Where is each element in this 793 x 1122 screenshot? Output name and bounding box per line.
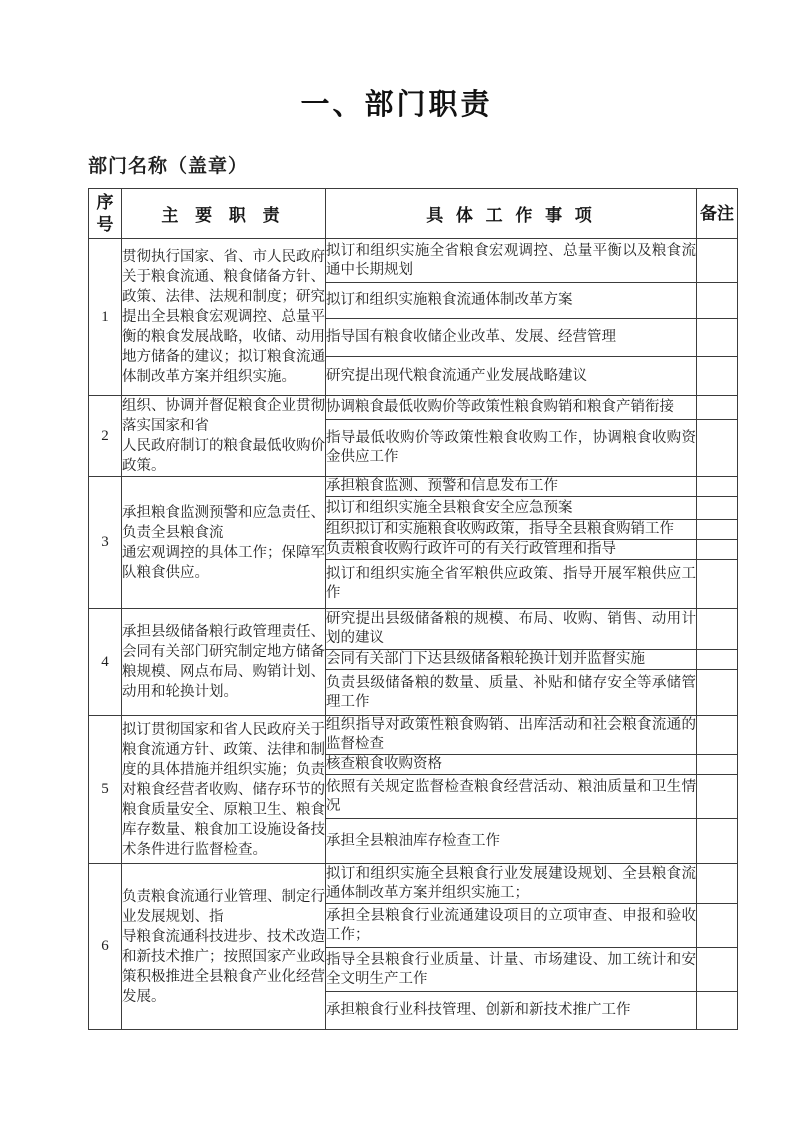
remark-cell xyxy=(697,904,738,948)
remark-cell xyxy=(697,775,738,819)
table-row: 3承担粮食监测预警和应急责任、负责全县粮食流 通宏观调控的具体工作；保障军队粮食… xyxy=(89,477,738,497)
page-title: 一、部门职责 xyxy=(0,0,793,123)
work-item-cell: 研究提出现代粮食流通产业发展战略建议 xyxy=(326,357,697,396)
serial-cell: 4 xyxy=(89,609,122,716)
main-duty-cell: 拟订贯彻国家和省人民政府关于粮食流通方针、政策、法律和制度的具体措施并组织实施；… xyxy=(122,716,326,864)
table-row: 5拟订贯彻国家和省人民政府关于粮食流通方针、政策、法律和制度的具体措施并组织实施… xyxy=(89,716,738,755)
work-item-cell: 核查粮食收购资格 xyxy=(326,755,697,775)
remark-cell xyxy=(697,948,738,992)
serial-cell: 1 xyxy=(89,239,122,396)
remark-cell xyxy=(697,420,738,477)
remark-cell xyxy=(697,560,738,609)
remark-cell xyxy=(697,520,738,540)
serial-cell: 6 xyxy=(89,864,122,1030)
remark-cell xyxy=(697,716,738,755)
header-row: 序号 主 要 职 责 具 体 工 作 事 项 备注 xyxy=(89,189,738,239)
work-item-cell: 承担全县粮食行业流通建设项目的立项审查、申报和验收工作； xyxy=(326,904,697,948)
work-item-cell: 协调粮食最低收购价等政策性粮食购销和粮食产销衔接 xyxy=(326,396,697,420)
remark-cell xyxy=(697,319,738,357)
main-duty-cell: 承担粮食监测预警和应急责任、负责全县粮食流 通宏观调控的具体工作；保障军队粮食供… xyxy=(122,477,326,609)
work-item-cell: 依照有关规定监督检查粮食经营活动、粮油质量和卫生情况 xyxy=(326,775,697,819)
work-item-cell: 拟订和组织实施粮食流通体制改革方案 xyxy=(326,283,697,319)
serial-cell: 2 xyxy=(89,396,122,477)
remark-cell xyxy=(697,357,738,396)
remark-cell xyxy=(697,819,738,864)
serial-cell: 3 xyxy=(89,477,122,609)
col-header-main-duties: 主 要 职 责 xyxy=(122,189,326,239)
work-item-cell: 组织拟订和实施粮食收购政策，指导全县粮食购销工作 xyxy=(326,520,697,540)
work-item-cell: 承担粮食监测、预警和信息发布工作 xyxy=(326,477,697,497)
remark-cell xyxy=(697,864,738,904)
remark-cell xyxy=(697,540,738,560)
responsibilities-table: 序号 主 要 职 责 具 体 工 作 事 项 备注 1贯彻执行国家、省、市人民政… xyxy=(88,188,738,1030)
remark-cell xyxy=(697,609,738,650)
work-item-cell: 承担粮食行业科技管理、创新和新技术推广工作 xyxy=(326,992,697,1030)
remark-cell xyxy=(697,283,738,319)
table-row: 2组织、协调并督促粮食企业贯彻落实国家和省 人民政府制订的粮食最低收购价政策。协… xyxy=(89,396,738,420)
main-duty-cell: 贯彻执行国家、省、市人民政府关于粮食流通、粮食储备方针、政策、法律、法规和制度；… xyxy=(122,239,326,396)
remark-cell xyxy=(697,755,738,775)
col-header-work-items: 具 体 工 作 事 项 xyxy=(326,189,697,239)
remark-cell xyxy=(697,239,738,283)
department-name-label: 部门名称（盖章） xyxy=(88,151,793,178)
serial-cell: 5 xyxy=(89,716,122,864)
remark-cell xyxy=(697,396,738,420)
col-header-serial: 序号 xyxy=(89,189,122,239)
work-item-cell: 指导国有粮食收储企业改革、发展、经营管理 xyxy=(326,319,697,357)
remark-cell xyxy=(697,670,738,716)
work-item-cell: 组织指导对政策性粮食购销、出库活动和社会粮食流通的监督检查 xyxy=(326,716,697,755)
remark-cell xyxy=(697,497,738,520)
work-item-cell: 研究提出县级储备粮的规模、布局、收购、销售、动用计划的建议 xyxy=(326,609,697,650)
work-item-cell: 承担全县粮油库存检查工作 xyxy=(326,819,697,864)
remark-cell xyxy=(697,992,738,1030)
work-item-cell: 拟订和组织实施全县粮食行业发展建设规划、全县粮食流通体制改革方案并组织实施工； xyxy=(326,864,697,904)
work-item-cell: 拟订和组织实施全省军粮供应政策、指导开展军粮供应工作 xyxy=(326,560,697,609)
table-row: 4承担县级储备粮行政管理责任、会同有关部门研究制定地方储备粮规模、网点布局、购销… xyxy=(89,609,738,650)
work-item-cell: 指导最低收购价等政策性粮食收购工作，协调粮食收购资金供应工作 xyxy=(326,420,697,477)
table-row: 6负责粮食流通行业管理、制定行业发展规划、指 导粮食流通科技进步、技术改造和新技… xyxy=(89,864,738,904)
col-header-remark: 备注 xyxy=(697,189,738,239)
remark-cell xyxy=(697,650,738,670)
work-item-cell: 指导全县粮食行业质量、计量、市场建设、加工统计和安全文明生产工作 xyxy=(326,948,697,992)
work-item-cell: 拟订和组织实施全县粮食安全应急预案 xyxy=(326,497,697,520)
main-duty-cell: 承担县级储备粮行政管理责任、会同有关部门研究制定地方储备粮规模、网点布局、购销计… xyxy=(122,609,326,716)
main-duty-cell: 组织、协调并督促粮食企业贯彻落实国家和省 人民政府制订的粮食最低收购价政策。 xyxy=(122,396,326,477)
remark-cell xyxy=(697,477,738,497)
table-row: 1贯彻执行国家、省、市人民政府关于粮食流通、粮食储备方针、政策、法律、法规和制度… xyxy=(89,239,738,283)
work-item-cell: 负责县级储备粮的数量、质量、补贴和储存安全等承储管理工作 xyxy=(326,670,697,716)
work-item-cell: 会同有关部门下达县级储备粮轮换计划并监督实施 xyxy=(326,650,697,670)
work-item-cell: 负责粮食收购行政许可的有关行政管理和指导 xyxy=(326,540,697,560)
main-duty-cell: 负责粮食流通行业管理、制定行业发展规划、指 导粮食流通科技进步、技术改造和新技术… xyxy=(122,864,326,1030)
work-item-cell: 拟订和组织实施全省粮食宏观调控、总量平衡以及粮食流通中长期规划 xyxy=(326,239,697,283)
